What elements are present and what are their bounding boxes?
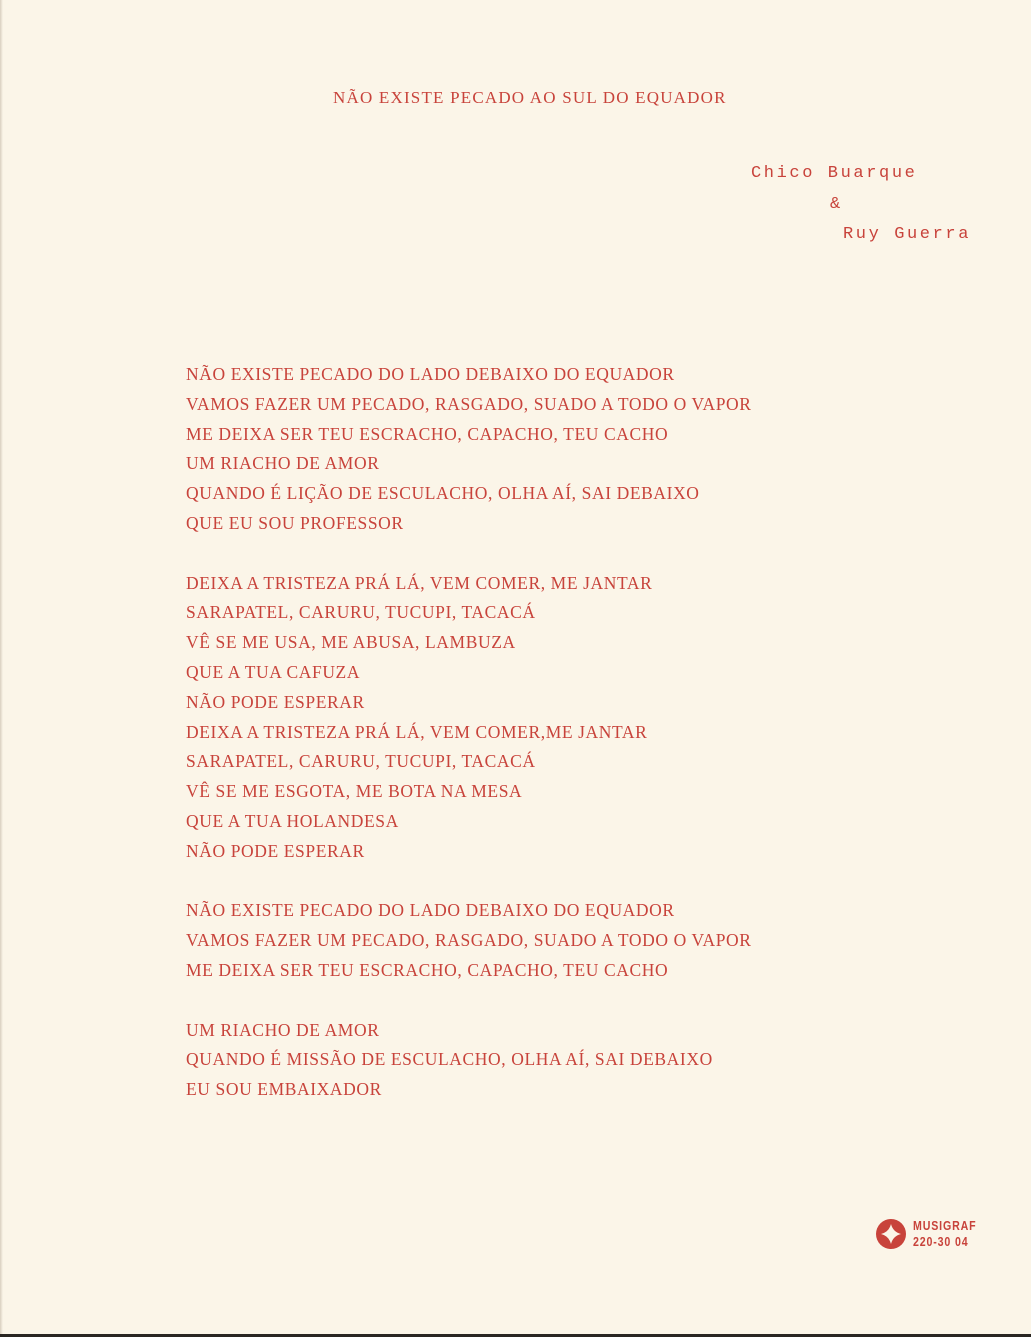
- lyric-line: UM RIACHO DE AMOR: [186, 449, 752, 479]
- lyric-line: VÊ SE ME ESGOTA, ME BOTA NA MESA: [186, 777, 752, 807]
- lyric-line: VAMOS FAZER UM PECADO, RASGADO, SUADO A …: [186, 390, 752, 420]
- lyric-line: ME DEIXA SER TEU ESCRACHO, CAPACHO, TEU …: [186, 956, 752, 986]
- four-point-star-in-circle-icon: [876, 1219, 906, 1249]
- publisher-mark: MUSIGRAF 220-30 04: [876, 1218, 988, 1250]
- lyric-line: DEIXA A TRISTEZA PRÁ LÁ, VEM COMER,ME JA…: [186, 718, 752, 748]
- author-chico-buarque: Chico Buarque: [751, 164, 917, 183]
- verse: UM RIACHO DE AMORQUANDO É MISSÃO DE ESCU…: [186, 1016, 752, 1105]
- lyric-line: SARAPATEL, CARURU, TUCUPI, TACACÁ: [186, 747, 752, 777]
- publisher-name: MUSIGRAF: [913, 1218, 976, 1234]
- page-edge: [0, 0, 3, 1337]
- lyric-line: QUANDO É MISSÃO DE ESCULACHO, OLHA AÍ, S…: [186, 1045, 752, 1075]
- lyric-line: NÃO EXISTE PECADO DO LADO DEBAIXO DO EQU…: [186, 896, 752, 926]
- lyric-line: QUE A TUA HOLANDESA: [186, 807, 752, 837]
- publisher-code: 220-30 04: [913, 1234, 976, 1250]
- lyric-line: QUE EU SOU PROFESSOR: [186, 509, 752, 539]
- verse: NÃO EXISTE PECADO DO LADO DEBAIXO DO EQU…: [186, 360, 752, 539]
- lyric-line: QUANDO É LIÇÃO DE ESCULACHO, OLHA AÍ, SA…: [186, 479, 752, 509]
- song-title: NÃO EXISTE PECADO AO SUL DO EQUADOR: [333, 88, 727, 108]
- author-ruy-guerra: Ruy Guerra: [843, 225, 971, 244]
- lyric-line: EU SOU EMBAIXADOR: [186, 1075, 752, 1105]
- verse: DEIXA A TRISTEZA PRÁ LÁ, VEM COMER, ME J…: [186, 569, 752, 867]
- lyric-line: QUE A TUA CAFUZA: [186, 658, 752, 688]
- lyric-line: NÃO EXISTE PECADO DO LADO DEBAIXO DO EQU…: [186, 360, 752, 390]
- lyric-line: UM RIACHO DE AMOR: [186, 1016, 752, 1046]
- verse: NÃO EXISTE PECADO DO LADO DEBAIXO DO EQU…: [186, 896, 752, 985]
- author-separator: &: [830, 195, 843, 214]
- lyric-line: NÃO PODE ESPERAR: [186, 837, 752, 867]
- lyric-line: VÊ SE ME USA, ME ABUSA, LAMBUZA: [186, 628, 752, 658]
- lyric-line: ME DEIXA SER TEU ESCRACHO, CAPACHO, TEU …: [186, 420, 752, 450]
- lyric-line: SARAPATEL, CARURU, TUCUPI, TACACÁ: [186, 598, 752, 628]
- lyrics: NÃO EXISTE PECADO DO LADO DEBAIXO DO EQU…: [186, 360, 752, 1105]
- lyric-line: DEIXA A TRISTEZA PRÁ LÁ, VEM COMER, ME J…: [186, 569, 752, 599]
- lyric-line: VAMOS FAZER UM PECADO, RASGADO, SUADO A …: [186, 926, 752, 956]
- lyric-line: NÃO PODE ESPERAR: [186, 688, 752, 718]
